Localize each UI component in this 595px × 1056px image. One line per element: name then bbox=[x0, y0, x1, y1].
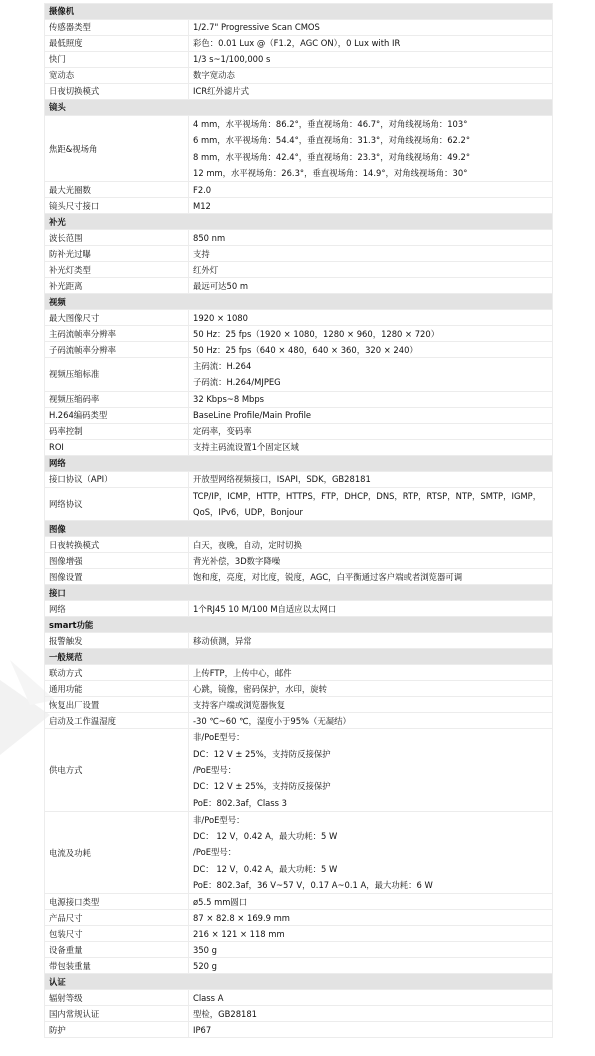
table-row: 防补光过曝支持 bbox=[45, 246, 553, 262]
table-row: 码率控制定码率，变码率 bbox=[45, 423, 553, 439]
spec-label: 视频压缩标准 bbox=[45, 358, 189, 392]
spec-value-line: DC： 12 V，0.42 A，最大功耗：5 W bbox=[193, 828, 548, 844]
spec-value: 最远可达50 m bbox=[189, 278, 553, 294]
table-row: 包装尺寸216 × 121 × 118 mm bbox=[45, 926, 553, 942]
table-row: 供电方式非/PoE型号：DC：12 V ± 25%，支持防反接保护/PoE型号：… bbox=[45, 729, 553, 811]
table-row: 电流及功耗非/PoE型号：DC： 12 V，0.42 A，最大功耗：5 W/Po… bbox=[45, 811, 553, 893]
table-row: 日夜切换模式ICR红外滤片式 bbox=[45, 84, 553, 100]
table-row: 主码流帧率分辨率50 Hz：25 fps（1920 × 1080，1280 × … bbox=[45, 326, 553, 342]
table-row: 启动及工作温湿度-30 ℃~60 ℃，湿度小于95%（无凝结） bbox=[45, 713, 553, 729]
section-header: 摄像机 bbox=[45, 4, 553, 20]
section-title: 视频 bbox=[45, 294, 553, 310]
table-row: ROI支持主码流设置1个固定区域 bbox=[45, 439, 553, 455]
spec-value: 1/2.7" Progressive Scan CMOS bbox=[189, 20, 553, 36]
spec-value: TCP/IP，ICMP，HTTP，HTTPS，FTP，DHCP，DNS，RTP，… bbox=[189, 487, 553, 521]
spec-label: 恢复出厂设置 bbox=[45, 697, 189, 713]
spec-value: 型检，GB28181 bbox=[189, 1006, 553, 1022]
spec-label: 带包装重量 bbox=[45, 958, 189, 974]
section-header: 认证 bbox=[45, 974, 553, 990]
section-title: 网络 bbox=[45, 455, 553, 471]
spec-value: BaseLine Profile/Main Profile bbox=[189, 407, 553, 423]
table-row: 视频压缩标准主码流：H.264子码流：H.264/MJPEG bbox=[45, 358, 553, 392]
spec-value: 非/PoE型号：DC：12 V ± 25%，支持防反接保护/PoE型号：DC：1… bbox=[189, 729, 553, 811]
spec-value: 支持主码流设置1个固定区域 bbox=[189, 439, 553, 455]
spec-table: 摄像机传感器类型1/2.7" Progressive Scan CMOS最低照度… bbox=[44, 3, 553, 1038]
table-row: 补光灯类型红外灯 bbox=[45, 262, 553, 278]
section-header: 网络 bbox=[45, 455, 553, 471]
section-title: 一般规范 bbox=[45, 649, 553, 665]
spec-value: 定码率，变码率 bbox=[189, 423, 553, 439]
spec-label: 辐射等级 bbox=[45, 990, 189, 1006]
spec-label: 主码流帧率分辨率 bbox=[45, 326, 189, 342]
spec-label: 快门 bbox=[45, 52, 189, 68]
section-header: 补光 bbox=[45, 214, 553, 230]
spec-label: 补光距离 bbox=[45, 278, 189, 294]
spec-value: 红外灯 bbox=[189, 262, 553, 278]
spec-value-line: TCP/IP，ICMP，HTTP，HTTPS，FTP，DHCP，DNS，RTP，… bbox=[193, 488, 548, 504]
spec-value-line: /PoE型号： bbox=[193, 844, 548, 860]
section-header: smart功能 bbox=[45, 617, 553, 633]
table-row: 产品尺寸87 × 82.8 × 169.9 mm bbox=[45, 910, 553, 926]
spec-value-line: 非/PoE型号： bbox=[193, 729, 548, 745]
section-header: 图像 bbox=[45, 521, 553, 537]
spec-value: 350 g bbox=[189, 942, 553, 958]
spec-value: 非/PoE型号：DC： 12 V，0.42 A，最大功耗：5 W/PoE型号：D… bbox=[189, 811, 553, 893]
section-header: 一般规范 bbox=[45, 649, 553, 665]
spec-value: 饱和度，亮度，对比度，锐度，AGC，白平衡通过客户端或者浏览器可调 bbox=[189, 569, 553, 585]
spec-value: ø5.5 mm圆口 bbox=[189, 894, 553, 910]
section-title: 图像 bbox=[45, 521, 553, 537]
table-row: 最低照度彩色：0.01 Lux @（F1.2，AGC ON），0 Lux wit… bbox=[45, 36, 553, 52]
spec-label: 联动方式 bbox=[45, 665, 189, 681]
spec-label: 日夜切换模式 bbox=[45, 84, 189, 100]
section-header: 视频 bbox=[45, 294, 553, 310]
spec-label: 国内常规认证 bbox=[45, 1006, 189, 1022]
spec-value-line: /PoE型号： bbox=[193, 762, 548, 778]
spec-label: 电流及功耗 bbox=[45, 811, 189, 893]
table-row: 补光距离最远可达50 m bbox=[45, 278, 553, 294]
spec-label: 宽动态 bbox=[45, 68, 189, 84]
table-row: 接口协议（API）开放型网络视频接口，ISAPI，SDK，GB28181 bbox=[45, 471, 553, 487]
spec-label: 供电方式 bbox=[45, 729, 189, 811]
spec-value: F2.0 bbox=[189, 182, 553, 198]
spec-value: ICR红外滤片式 bbox=[189, 84, 553, 100]
spec-label: 补光灯类型 bbox=[45, 262, 189, 278]
section-title: 镜头 bbox=[45, 100, 553, 116]
section-title: 认证 bbox=[45, 974, 553, 990]
spec-label: 防补光过曝 bbox=[45, 246, 189, 262]
spec-value: 87 × 82.8 × 169.9 mm bbox=[189, 910, 553, 926]
spec-label: 最大光圈数 bbox=[45, 182, 189, 198]
spec-value: 850 nm bbox=[189, 230, 553, 246]
spec-label: 子码流帧率分辨率 bbox=[45, 342, 189, 358]
table-row: 辐射等级Class A bbox=[45, 990, 553, 1006]
spec-value: Class A bbox=[189, 990, 553, 1006]
table-row: 联动方式上传FTP，上传中心，邮件 bbox=[45, 665, 553, 681]
section-title: 补光 bbox=[45, 214, 553, 230]
table-row: H.264编码类型BaseLine Profile/Main Profile bbox=[45, 407, 553, 423]
spec-value-line: DC：12 V ± 25%，支持防反接保护 bbox=[193, 746, 548, 762]
table-row: 通用功能心跳，镜像，密码保护，水印，旋转 bbox=[45, 681, 553, 697]
table-row: 电源接口类型ø5.5 mm圆口 bbox=[45, 894, 553, 910]
table-row: 带包装重量520 g bbox=[45, 958, 553, 974]
table-row: 子码流帧率分辨率50 Hz：25 fps（640 × 480，640 × 360… bbox=[45, 342, 553, 358]
spec-value-line: 主码流：H.264 bbox=[193, 358, 548, 374]
spec-label: 图像增强 bbox=[45, 553, 189, 569]
spec-label: 视频压缩码率 bbox=[45, 391, 189, 407]
spec-value-line: 8 mm，水平视场角：42.4°，垂直视场角：23.3°，对角线视场角：49.2… bbox=[193, 149, 548, 165]
spec-value-line: 12 mm，水平视场角：26.3°，垂直视场角：14.9°，对角线视场角：30° bbox=[193, 165, 548, 181]
table-row: 传感器类型1/2.7" Progressive Scan CMOS bbox=[45, 20, 553, 36]
spec-label: 镜头尺寸接口 bbox=[45, 198, 189, 214]
spec-label: 包装尺寸 bbox=[45, 926, 189, 942]
section-title: smart功能 bbox=[45, 617, 553, 633]
spec-label: 启动及工作温湿度 bbox=[45, 713, 189, 729]
section-header: 接口 bbox=[45, 585, 553, 601]
spec-value: IP67 bbox=[189, 1022, 553, 1038]
spec-value: 1个RJ45 10 M/100 M自适应以太网口 bbox=[189, 601, 553, 617]
spec-label: 最低照度 bbox=[45, 36, 189, 52]
spec-label: 图像设置 bbox=[45, 569, 189, 585]
spec-value-line: 非/PoE型号： bbox=[193, 812, 548, 828]
spec-value: 32 Kbps~8 Mbps bbox=[189, 391, 553, 407]
spec-value-line: QoS，IPv6，UDP，Bonjour bbox=[193, 504, 548, 520]
spec-value: 开放型网络视频接口，ISAPI，SDK，GB28181 bbox=[189, 471, 553, 487]
spec-label: H.264编码类型 bbox=[45, 407, 189, 423]
spec-value: 彩色：0.01 Lux @（F1.2，AGC ON），0 Lux with IR bbox=[189, 36, 553, 52]
table-row: 国内常规认证型检，GB28181 bbox=[45, 1006, 553, 1022]
spec-label: 通用功能 bbox=[45, 681, 189, 697]
spec-value: 4 mm，水平视场角：86.2°，垂直视场角：46.7°，对角线视场角：103°… bbox=[189, 116, 553, 182]
spec-label: 设备重量 bbox=[45, 942, 189, 958]
spec-label: 网络 bbox=[45, 601, 189, 617]
table-row: 设备重量350 g bbox=[45, 942, 553, 958]
spec-value-line: 6 mm，水平视场角：54.4°，垂直视场角：31.3°，对角线视场角：62.2… bbox=[193, 132, 548, 148]
section-title: 摄像机 bbox=[45, 4, 553, 20]
spec-value: 白天，夜晚，自动，定时切换 bbox=[189, 537, 553, 553]
spec-label: 焦距&视场角 bbox=[45, 116, 189, 182]
spec-label: ROI bbox=[45, 439, 189, 455]
table-row: 镜头尺寸接口M12 bbox=[45, 198, 553, 214]
table-row: 波长范围850 nm bbox=[45, 230, 553, 246]
table-row: 最大光圈数F2.0 bbox=[45, 182, 553, 198]
spec-label: 电源接口类型 bbox=[45, 894, 189, 910]
table-row: 宽动态数字宽动态 bbox=[45, 68, 553, 84]
spec-value: 1/3 s~1/100,000 s bbox=[189, 52, 553, 68]
spec-value: 支持 bbox=[189, 246, 553, 262]
spec-value: 1920 × 1080 bbox=[189, 310, 553, 326]
section-header: 镜头 bbox=[45, 100, 553, 116]
spec-label: 最大图像尺寸 bbox=[45, 310, 189, 326]
spec-value: 50 Hz：25 fps（1920 × 1080，1280 × 960，1280… bbox=[189, 326, 553, 342]
spec-label: 报警触发 bbox=[45, 633, 189, 649]
spec-value-line: 4 mm，水平视场角：86.2°，垂直视场角：46.7°，对角线视场角：103° bbox=[193, 116, 548, 132]
table-row: 图像增强背光补偿，3D数字降噪 bbox=[45, 553, 553, 569]
spec-value-line: PoE：802.3af，36 V~57 V，0.17 A~0.1 A，最大功耗：… bbox=[193, 877, 548, 893]
spec-value: 主码流：H.264子码流：H.264/MJPEG bbox=[189, 358, 553, 392]
spec-label: 产品尺寸 bbox=[45, 910, 189, 926]
table-row: 报警触发移动侦测，异常 bbox=[45, 633, 553, 649]
spec-value-line: DC：12 V ± 25%，支持防反接保护 bbox=[193, 778, 548, 794]
spec-value: 50 Hz：25 fps（640 × 480，640 × 360，320 × 2… bbox=[189, 342, 553, 358]
table-row: 网络协议TCP/IP，ICMP，HTTP，HTTPS，FTP，DHCP，DNS，… bbox=[45, 487, 553, 521]
spec-label: 波长范围 bbox=[45, 230, 189, 246]
spec-value-line: PoE：802.3af，Class 3 bbox=[193, 795, 548, 811]
spec-label: 码率控制 bbox=[45, 423, 189, 439]
table-row: 焦距&视场角4 mm，水平视场角：86.2°，垂直视场角：46.7°，对角线视场… bbox=[45, 116, 553, 182]
spec-value: 数字宽动态 bbox=[189, 68, 553, 84]
spec-value: 216 × 121 × 118 mm bbox=[189, 926, 553, 942]
table-row: 恢复出厂设置支持客户端或浏览器恢复 bbox=[45, 697, 553, 713]
table-row: 防护IP67 bbox=[45, 1022, 553, 1038]
spec-label: 网络协议 bbox=[45, 487, 189, 521]
spec-value-line: DC： 12 V，0.42 A，最大功耗：5 W bbox=[193, 861, 548, 877]
table-row: 视频压缩码率32 Kbps~8 Mbps bbox=[45, 391, 553, 407]
table-row: 日夜转换模式白天，夜晚，自动，定时切换 bbox=[45, 537, 553, 553]
section-title: 接口 bbox=[45, 585, 553, 601]
table-row: 快门1/3 s~1/100,000 s bbox=[45, 52, 553, 68]
spec-value: -30 ℃~60 ℃，湿度小于95%（无凝结） bbox=[189, 713, 553, 729]
spec-value: 支持客户端或浏览器恢复 bbox=[189, 697, 553, 713]
table-row: 最大图像尺寸1920 × 1080 bbox=[45, 310, 553, 326]
spec-value: 移动侦测，异常 bbox=[189, 633, 553, 649]
spec-label: 传感器类型 bbox=[45, 20, 189, 36]
spec-label: 接口协议（API） bbox=[45, 471, 189, 487]
spec-value: 心跳，镜像，密码保护，水印，旋转 bbox=[189, 681, 553, 697]
spec-value: 背光补偿，3D数字降噪 bbox=[189, 553, 553, 569]
spec-value: 520 g bbox=[189, 958, 553, 974]
spec-label: 日夜转换模式 bbox=[45, 537, 189, 553]
spec-value: 上传FTP，上传中心，邮件 bbox=[189, 665, 553, 681]
table-row: 网络1个RJ45 10 M/100 M自适应以太网口 bbox=[45, 601, 553, 617]
table-row: 图像设置饱和度，亮度，对比度，锐度，AGC，白平衡通过客户端或者浏览器可调 bbox=[45, 569, 553, 585]
spec-value-line: 子码流：H.264/MJPEG bbox=[193, 374, 548, 390]
spec-label: 防护 bbox=[45, 1022, 189, 1038]
spec-value: M12 bbox=[189, 198, 553, 214]
